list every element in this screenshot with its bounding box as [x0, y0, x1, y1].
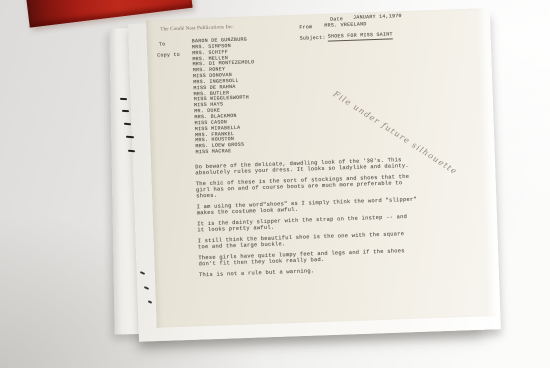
recipient-list: BARON DE GUNZBURGMRS. SIMPSONMRS. SCHIFF… [192, 37, 258, 156]
photo-of-open-book: The Condé Nast Publications Inc. Date JA… [0, 0, 550, 368]
company-name: The Condé Nast Publications Inc. [160, 25, 234, 33]
from-value: MRS. VREELAND [324, 21, 366, 28]
memo-body: Do beware of the delicate, dawdling look… [195, 155, 465, 283]
subject-label: Subject: [300, 35, 326, 42]
binding-mark [120, 98, 127, 100]
from-label: From [299, 24, 312, 30]
recipient-name: MISS MACRAE [196, 148, 258, 156]
subject-value: SHOES FOR MISS SAINT [328, 31, 393, 41]
copy-to-label: Copy to [157, 52, 180, 59]
to-label: To [159, 41, 166, 47]
date-value: JANUARY 14,1970 [353, 13, 402, 21]
binding-mark [122, 110, 129, 112]
memo-page: The Condé Nast Publications Inc. Date JA… [146, 8, 497, 328]
